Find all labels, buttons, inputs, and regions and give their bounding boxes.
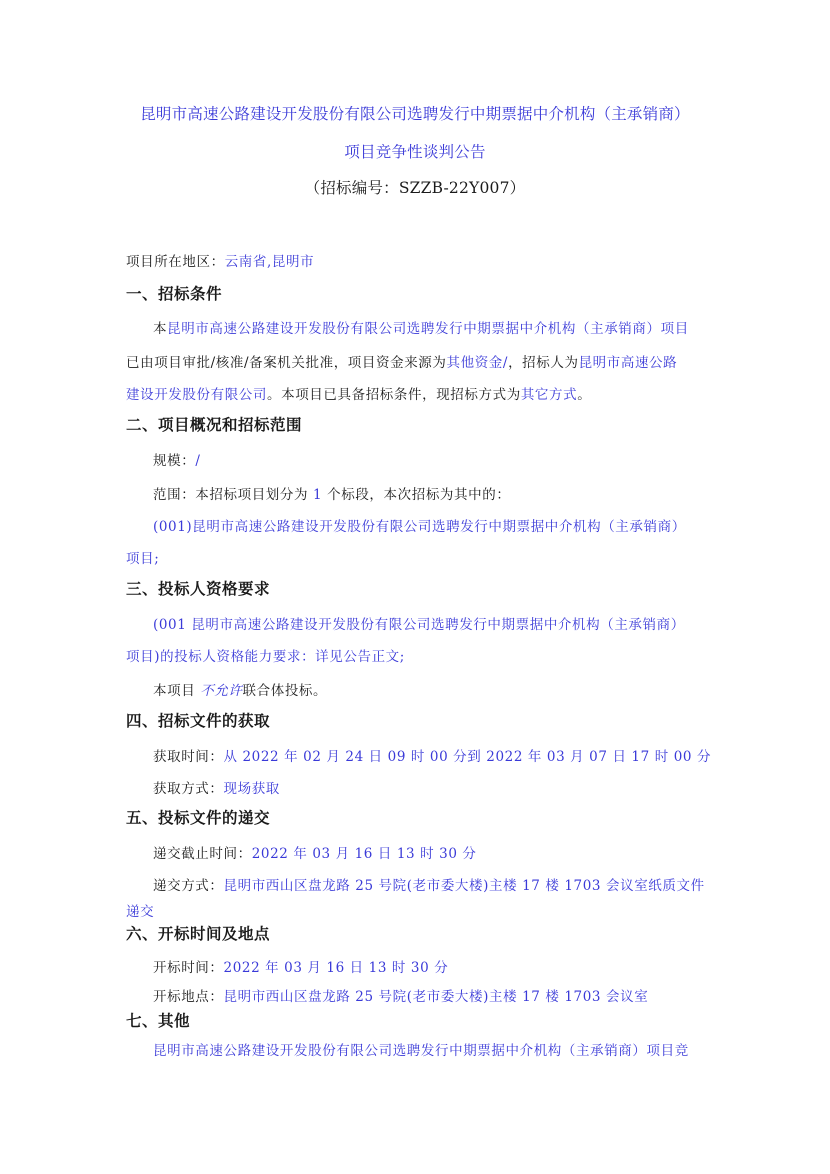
text: 联合体投标。: [243, 683, 328, 699]
section-1-paragraph-line-2: 已由项目审批/核准/备案机关批准，项目资金来源为其他资金/，招标人为昆明市高速公…: [126, 351, 677, 371]
consortium-status: 不允许: [200, 683, 242, 699]
region-value: 云南省,昆明市: [225, 254, 315, 270]
project-name: 昆明市高速公路建设开发股份有限公司选聘发行中期票据中介机构（主承销商）项目: [167, 321, 689, 337]
requirement-line-1: (001 昆明市高速公路建设开发股份有限公司选聘发行中期票据中介机构（主承销商）: [153, 613, 685, 633]
acquire-time-label: 获取时间：: [153, 749, 224, 765]
submit-deadline-value: 2022 年 03 月 16 日 13 时 30 分: [252, 846, 477, 862]
acquire-method-line: 获取方式：现场获取: [153, 777, 280, 797]
text: 已由项目审批/核准/备案机关批准，项目资金来源为: [126, 355, 447, 371]
opening-time-line: 开标时间：2022 年 03 月 16 日 13 时 30 分: [153, 956, 448, 976]
text: ，招标人为: [508, 355, 579, 371]
section-1-paragraph-line-3: 建设开发股份有限公司。本项目已具备招标条件，现招标方式为其它方式。: [126, 383, 591, 403]
section-heading-1: 一、招标条件: [126, 282, 222, 304]
lot-line-2: 项目;: [126, 547, 159, 567]
section-1-paragraph-line-1: 本昆明市高速公路建设开发股份有限公司选聘发行中期票据中介机构（主承销商）项目: [153, 317, 689, 337]
section-heading-7: 七、其他: [126, 1009, 190, 1031]
tender-method: 其它方式: [521, 387, 577, 403]
acquire-method-value: 现场获取: [224, 781, 280, 797]
submit-method-value: 昆明市西山区盘龙路 25 号院(老市委大楼)主楼 17 楼 1703 会议室纸质…: [224, 878, 705, 894]
section-heading-3: 三、投标人资格要求: [126, 577, 270, 599]
scale-label: 规模：: [153, 453, 195, 469]
tender-number: （招标编号：SZZB-22Y007）: [0, 176, 830, 198]
submit-method-label: 递交方式：: [153, 878, 224, 894]
tenderer-name: 建设开发股份有限公司: [126, 387, 267, 403]
consortium-line: 本项目 不允许联合体投标。: [153, 679, 327, 699]
region-label: 项目所在地区：: [126, 254, 225, 270]
submit-deadline-label: 递交截止时间：: [153, 846, 252, 862]
project-region: 项目所在地区：云南省,昆明市: [126, 250, 314, 270]
text: 本项目: [153, 683, 195, 699]
section-heading-4: 四、招标文件的获取: [126, 709, 270, 731]
lot-line-1: (001)昆明市高速公路建设开发股份有限公司选聘发行中期票据中介机构（主承销商）: [153, 515, 686, 535]
submit-deadline-line: 递交截止时间：2022 年 03 月 16 日 13 时 30 分: [153, 842, 477, 862]
acquire-time-line: 获取时间：从 2022 年 02 月 24 日 09 时 00 分到 2022 …: [153, 745, 711, 765]
submit-method-line: 递交方式：昆明市西山区盘龙路 25 号院(老市委大楼)主楼 17 楼 1703 …: [153, 874, 705, 894]
requirement-line-2: 项目)的投标人资格能力要求：详见公告正文;: [126, 645, 405, 665]
text: 。本项目已具备招标条件，现招标方式为: [267, 387, 521, 403]
section-heading-6: 六、开标时间及地点: [126, 922, 270, 944]
section-heading-5: 五、投标文件的递交: [126, 806, 270, 828]
text: 。: [577, 387, 591, 403]
section-heading-2: 二、项目概况和招标范围: [126, 413, 302, 435]
opening-time-label: 开标时间：: [153, 960, 224, 976]
scale-line: 规模：/: [153, 449, 200, 469]
submit-method-value-cont: 递交: [126, 900, 154, 920]
other-text-line-1: 昆明市高速公路建设开发股份有限公司选聘发行中期票据中介机构（主承销商）项目竞: [153, 1039, 689, 1059]
document-title-line-2: 项目竞争性谈判公告: [0, 140, 830, 162]
range-line: 范围：本招标项目划分为 1 个标段，本次招标为其中的：: [153, 483, 510, 503]
text: 范围：本招标项目划分为: [153, 487, 308, 503]
lot-count: 1: [313, 487, 322, 503]
document-page: 昆明市高速公路建设开发股份有限公司选聘发行中期票据中介机构（主承销商） 项目竞争…: [0, 0, 830, 1174]
acquire-method-label: 获取方式：: [153, 781, 224, 797]
fund-source: 其他资金/: [447, 355, 509, 371]
tenderer-name: 昆明市高速公路: [579, 355, 678, 371]
opening-time-value: 2022 年 03 月 16 日 13 时 30 分: [224, 960, 449, 976]
text: 个标段，本次招标为其中的：: [327, 487, 510, 503]
scale-value: /: [195, 453, 200, 469]
opening-place-label: 开标地点：: [153, 989, 224, 1005]
acquire-time-value: 从 2022 年 02 月 24 日 09 时 00 分到 2022 年 03 …: [224, 749, 712, 765]
opening-place-value: 昆明市西山区盘龙路 25 号院(老市委大楼)主楼 17 楼 1703 会议室: [224, 989, 649, 1005]
opening-place-line: 开标地点：昆明市西山区盘龙路 25 号院(老市委大楼)主楼 17 楼 1703 …: [153, 985, 648, 1005]
text: 本: [153, 321, 167, 337]
document-title-line-1: 昆明市高速公路建设开发股份有限公司选聘发行中期票据中介机构（主承销商）: [0, 102, 830, 124]
